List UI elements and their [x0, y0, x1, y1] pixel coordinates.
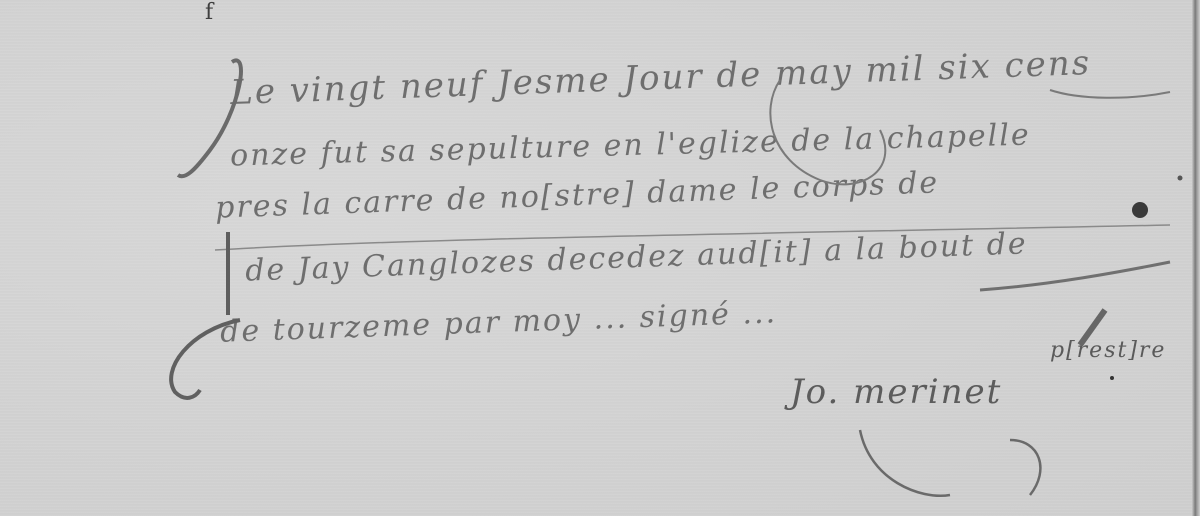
signature-paraph: [860, 430, 1040, 496]
page-edge: [1192, 0, 1200, 516]
numeral-flourish: [1050, 90, 1170, 98]
signature-name: Jo. merinet: [790, 372, 1002, 412]
record-line-1: Le vingt neuf Jesme Jour de may mil six …: [230, 43, 1092, 113]
record-line-4: de Jay Canglozes decedez aud[it] a la bo…: [245, 226, 1029, 288]
record-line-2: onze fut sa sepulture en l'eglize de la …: [230, 118, 1031, 174]
document-page: f Le vingt neuf Jesme Jour de may mil si…: [0, 0, 1200, 516]
ink-dot: [1110, 376, 1114, 380]
closing-flourish: [980, 262, 1170, 290]
record-line-5: de tourzeme par moy ... signé ...: [220, 295, 778, 349]
record-line-3: pres la carre de no[stre] dame le corps …: [215, 165, 940, 225]
signature-title: p[rest]re: [1050, 338, 1166, 363]
ink-dot: [1178, 176, 1183, 181]
ink-blot: [1132, 202, 1148, 218]
corner-mark: f: [205, 0, 215, 25]
